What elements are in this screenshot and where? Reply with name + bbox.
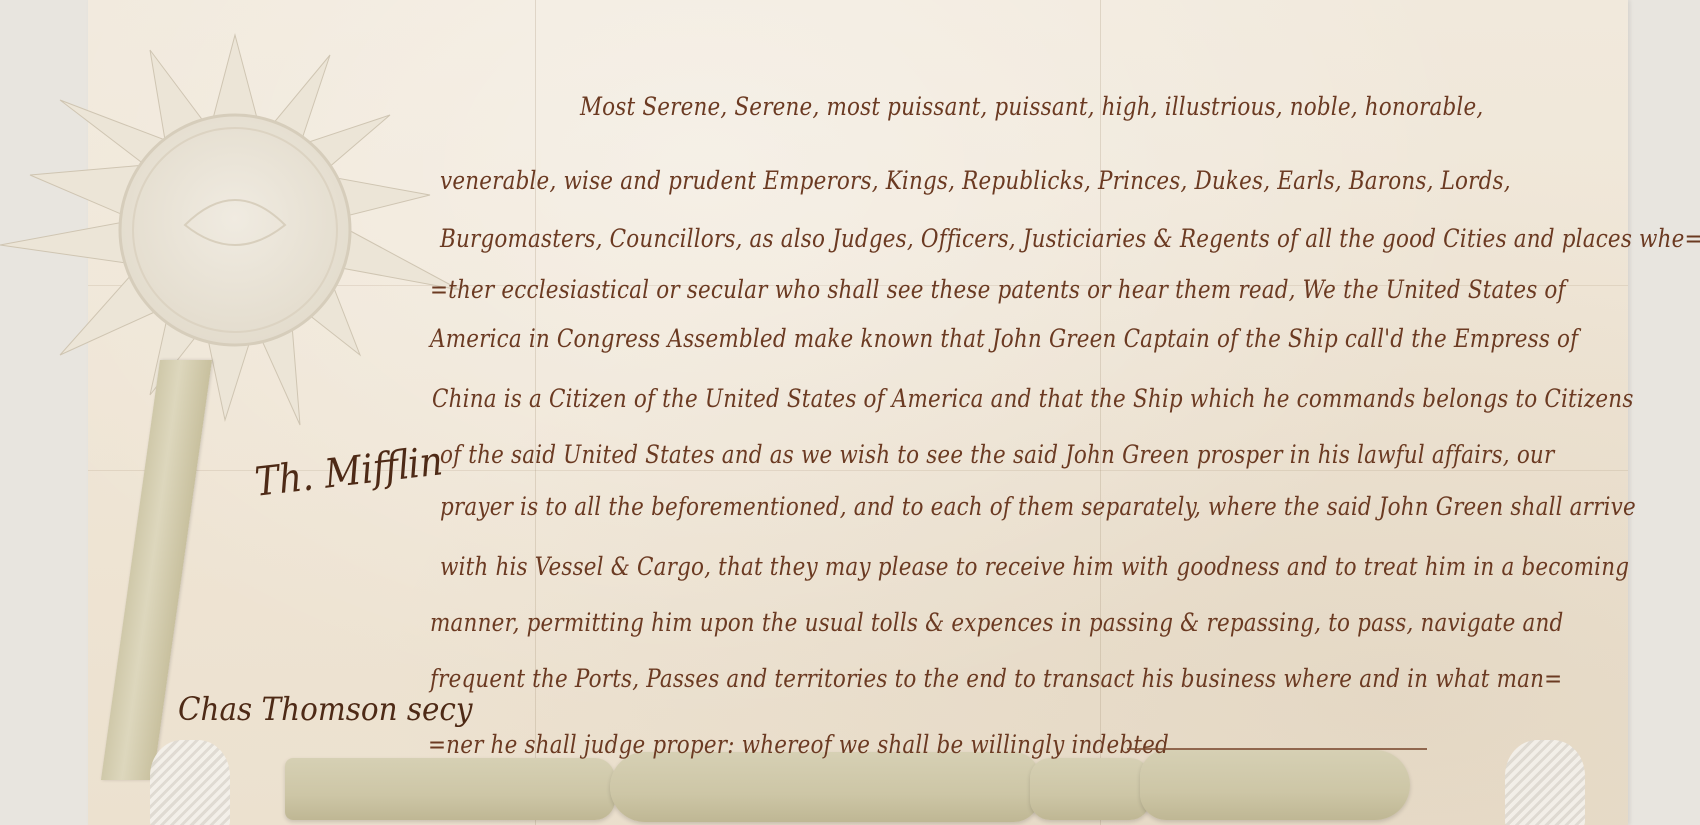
body-line: Most Serene, Serene, most puissant, puis… bbox=[580, 92, 1483, 121]
body-line: manner, permitting him upon the usual to… bbox=[430, 608, 1563, 637]
body-line: with his Vessel & Cargo, that they may p… bbox=[440, 552, 1629, 581]
body-line: frequent the Ports, Passes and territori… bbox=[430, 664, 1562, 693]
body-line: =ner he shall judge proper: whereof we s… bbox=[428, 730, 1169, 759]
body-line: prayer is to all the beforementioned, an… bbox=[440, 492, 1636, 521]
document-body: Most Serene, Serene, most puissant, puis… bbox=[0, 0, 1700, 825]
body-line: Burgomasters, Councillors, as also Judge… bbox=[440, 224, 1700, 253]
body-line: venerable, wise and prudent Emperors, Ki… bbox=[440, 166, 1511, 195]
body-line: =ther ecclesiastical or secular who shal… bbox=[430, 275, 1566, 304]
signature-thomson: Chas Thomson secy bbox=[178, 690, 473, 728]
body-line: China is a Citizen of the United States … bbox=[432, 384, 1634, 413]
body-line: of the said United States and as we wish… bbox=[440, 440, 1554, 469]
signature-mifflin: Th. Mifflin bbox=[253, 438, 445, 506]
body-line: America in Congress Assembled make known… bbox=[430, 324, 1578, 353]
closing-rule bbox=[1127, 748, 1427, 750]
